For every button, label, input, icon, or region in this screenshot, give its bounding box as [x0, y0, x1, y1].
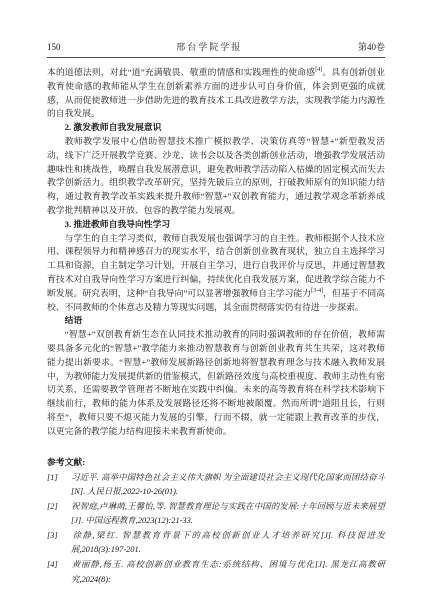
paragraph-text: 本的道德法则，对此“道”充满敬畏、敬重的情感和实践理性的使命感 [47, 67, 315, 77]
section-heading-3: 3. 推进教师自我导向性学习 [47, 218, 385, 232]
paragraph-section-3: 与学生的自主学习类似，教师自我发展也强调学习的自主性。教师根据个人技术应用、课程… [47, 232, 385, 315]
reference-text: 黄丽静,杨玉. 高校创新创业教育生态:系统结构、困境与优化[J]. 黑龙江高教研… [71, 560, 385, 584]
reference-text: 习近平. 高举中国特色社会主义伟大旗帜 为全面建设社会主义现代化国家而团结奋斗[… [71, 473, 385, 497]
citation-marker: [3-4] [311, 288, 323, 294]
section-heading-2: 2. 激发教师自我发展意识 [47, 121, 385, 135]
reference-label: [1] [47, 471, 71, 486]
reference-entry: [3]徐静,梁红. 智慧教育背景下的高校创新创业人才培养研究[J]. 科技促进发… [47, 529, 385, 558]
journal-page: 150 邢台学院学报 第40卷 本的道德法则，对此“道”充满敬畏、敬重的情感和实… [0, 0, 427, 603]
paragraph-section-2: 教师教学发展中心借助智慧技术推广模拟教学、决策仿真等“智慧+”新型教发活动，线下… [47, 135, 385, 218]
reference-label: [4] [47, 558, 71, 573]
references-heading: 参考文献: [47, 455, 385, 468]
paragraph-continuation: 本的道德法则，对此“道”充满敬畏、敬重的情感和实践理性的使命感[4]。具有创新创… [47, 66, 385, 121]
reference-entry: [1]习近平. 高举中国特色社会主义伟大旗帜 为全面建设社会主义现代化国家而团结… [47, 471, 385, 500]
reference-text: 祝智庭,卢琳萌,王馨怡,等. 智慧教育理论与实践在中国的发展:十年回顾与近未来展… [71, 502, 385, 526]
page-number: 150 [47, 42, 61, 52]
reference-entry: [2]祝智庭,卢琳萌,王馨怡,等. 智慧教育理论与实践在中国的发展:十年回顾与近… [47, 500, 385, 529]
volume-label: 第40卷 [358, 40, 385, 53]
conclusion-heading: 结语 [47, 314, 385, 328]
reference-text: 徐静,梁红. 智慧教育背景下的高校创新创业人才培养研究[J]. 科技促进发展,2… [71, 531, 385, 555]
references-section: 参考文献: [1]习近平. 高举中国特色社会主义伟大旗帜 为全面建设社会主义现代… [47, 455, 385, 588]
paragraph-conclusion: “智慧+”双创教育新生态在认同技术推动教育的同时强调教师的存在价值，教师需要具备… [47, 328, 385, 438]
page-header: 150 邢台学院学报 第40卷 [47, 40, 385, 58]
reference-entry: [4]黄丽静,杨玉. 高校创新创业教育生态:系统结构、困境与优化[J]. 黑龙江… [47, 558, 385, 587]
reference-label: [2] [47, 500, 71, 515]
reference-label: [3] [47, 529, 71, 544]
article-body: 本的道德法则，对此“道”充满敬畏、敬重的情感和实践理性的使命感[4]。具有创新创… [47, 66, 385, 439]
journal-title: 邢台学院学报 [176, 40, 242, 53]
